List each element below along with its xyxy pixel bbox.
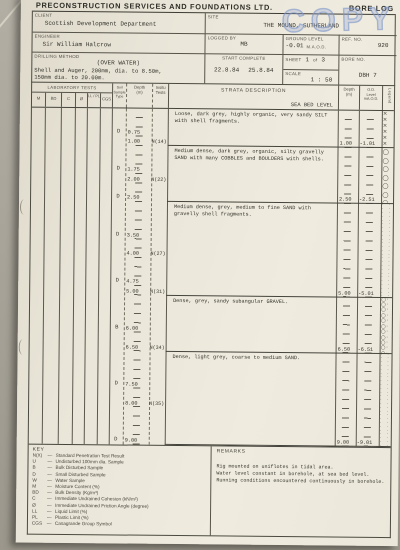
sample-type: D: [111, 193, 125, 200]
remark-line: Running conditions encountered continuou…: [216, 477, 388, 486]
legend-pattern-gravel: ○· ○· ○· ○· ○· ○· ○· ○· ○· ○· ○· ○· ○· ○…: [380, 298, 394, 353]
col-c: C: [61, 93, 75, 107]
strata-depth-value: 2.50: [337, 197, 358, 203]
strata-description-label: STRATA DESCRIPTION: [171, 87, 336, 95]
sample-depth: 1.75: [127, 167, 151, 173]
scale-value: 1 : 50: [285, 76, 336, 83]
column-line: [58, 108, 62, 444]
col-phi: Ø: [75, 93, 87, 107]
ground-level-label: GROUND LEVEL: [286, 36, 337, 41]
legend-pattern-cobbles-boulders: ○ ○ ○ ○ ○ ○ ○ ○ ○ ○ ○ ○ ○ ○ ○ ○ ○ ○ ○ ○ …: [381, 148, 394, 203]
sample-depth: 4.00: [126, 251, 150, 257]
col-insitu: Insitu Tests: [152, 84, 168, 108]
sheet-total: 3: [321, 56, 325, 63]
strata-od-value: -2.51: [358, 197, 381, 203]
strata-description: Dense, grey, sandy subangular GRAVEL.: [173, 298, 336, 306]
insitu-test: N(35): [149, 400, 166, 406]
insitu-test: N(14): [152, 139, 169, 145]
bore-no-label: BORE NO.: [341, 57, 394, 63]
col-od-level: O.D. Level mA.O.D.: [359, 86, 382, 110]
client-value: Scottish Development Department: [45, 20, 203, 29]
legend-pattern-sand: · · · · · · · · · · · · · · · · · · · · …: [379, 354, 394, 446]
ref-no-value: 920: [342, 42, 395, 50]
strata-od-value: -9.01: [356, 440, 379, 446]
sample-type: D: [109, 435, 123, 442]
strata-od-value: -1.01: [359, 141, 382, 147]
insitu-test: N(27): [150, 251, 167, 257]
strata-description: Medium dense, dark grey, organic, silty …: [174, 148, 337, 163]
strata-description: Medium dense, grey, medium to fine SAND …: [174, 204, 337, 219]
sample-depth: 5.00: [126, 288, 150, 294]
col-bd: BD: [45, 93, 61, 107]
column-line: [84, 108, 88, 444]
sample-depth: 9.00: [125, 438, 149, 444]
legend-pattern-sand: · · · · · · · · · · · · · · · · · · · · …: [380, 204, 394, 296]
header-block: CLIENT Scottish Development Department S…: [31, 12, 396, 86]
bore-no-value: DBH 7: [341, 72, 394, 80]
strata-depth-value: 9.00: [335, 440, 356, 446]
sample-depth: 7.50: [125, 382, 149, 388]
client-field: CLIENT Scottish Development Department: [33, 12, 205, 34]
strata-row: Dense, grey, sandy subangular GRAVEL.6.5…: [166, 296, 394, 354]
punch-mark: [19, 340, 27, 355]
insitu-test: N(31): [150, 288, 167, 294]
sample-type: D: [111, 165, 125, 172]
strata-row: Medium dense, dark grey, organic, silty …: [167, 146, 394, 204]
drilling-method-field: DRILLING METHOD (OVER WATER) Shell and A…: [32, 52, 204, 84]
start-date: 22.8.84: [214, 66, 239, 73]
sheet-field: SHEET 1 of 3: [283, 55, 338, 70]
legend-pattern-silt-shells: × × × × × × × × × × × × × × × × × × × × …: [382, 111, 394, 147]
ground-level-datum: M.A.O.D.: [307, 44, 327, 49]
sample-depth: 6.00: [126, 326, 150, 332]
sample-depth: 0.75: [128, 130, 152, 136]
scale-field: SCALE 1 : 50: [283, 69, 338, 85]
sample-type: D: [110, 277, 124, 284]
strata-row: Loose, dark grey, highly organic, very s…: [168, 109, 394, 149]
col-sample-type: Soil Sample Type: [112, 83, 126, 107]
strata-od-value: -6.51: [357, 346, 380, 352]
drilling-method-value: Shell and Auger, 200mm, dia. to 8.50m, 1…: [34, 68, 202, 83]
strata-description: Dense, light grey, coarse to medium SAND…: [173, 354, 336, 362]
site-label: SITE: [208, 14, 395, 21]
col-legend: Legend: [382, 86, 396, 110]
key-list: N(X)—Standard Penetration Test ResultU—U…: [32, 453, 207, 529]
doc-type: BORE LOG: [349, 4, 394, 13]
sample-depth: 8.00: [125, 400, 149, 406]
sample-depth: 4.75: [126, 279, 150, 285]
company-name: PRECONSTRUCTION SERVICES AND FOUNDATIONS…: [36, 1, 273, 12]
key-box: KEY N(X)—Standard Penetration Test Resul…: [28, 445, 211, 536]
sample-type: D: [109, 379, 123, 386]
sample-depth: 1.00: [128, 139, 152, 145]
start-complete-field: START COMPLETE 22.8.84 25.8.84: [204, 53, 282, 84]
engineer-value: Sir William Halcrow: [42, 41, 202, 50]
strata-row: Dense, light grey, coarse to medium SAND…: [165, 352, 394, 448]
log-footer: KEY N(X)—Standard Penetration Test Resul…: [28, 444, 391, 537]
sample-depth: 6.50: [126, 344, 150, 350]
strata-depth-value: 5.00: [336, 290, 357, 296]
ref-no-field: REF. NO. 920: [338, 35, 396, 56]
column-line: [42, 108, 46, 444]
strata-description: Loose, dark grey, highly organic, very s…: [175, 111, 338, 126]
bore-no-field: BORE NO. DBH 7: [338, 55, 396, 86]
sea-bed-level-label: SEA BED LEVEL: [171, 101, 336, 109]
drilling-method-line2: 150mm dia. to 20.00m.: [34, 74, 202, 82]
sample-type: D: [111, 230, 125, 237]
insitu-test: N(34): [150, 344, 167, 350]
sheet-scale-field: SHEET 1 of 3 SCALE 1 : 50: [282, 54, 338, 85]
punch-mark: [20, 200, 28, 215]
site-value: THE MOUND, SUTHERLAND: [208, 21, 395, 30]
strata-row: Medium dense, grey, medium to fine SAND …: [166, 202, 394, 298]
col-depth-left: Depth (m): [126, 84, 152, 108]
sheet-of: of: [313, 57, 317, 62]
logged-by-field: LOGGED BY MB: [204, 33, 282, 54]
strata-depth-value: 6.50: [336, 346, 357, 352]
start-complete-label: START COMPLETE: [207, 55, 280, 61]
log-body: Loose, dark grey, highly organic, very s…: [29, 108, 394, 447]
col-strata: STRATA DESCRIPTION SEA BED LEVEL: [168, 84, 338, 110]
sample-depth: 3.50: [127, 232, 151, 238]
depth-ticks: [123, 109, 152, 445]
ground-level-field: GROUND LEVEL -0.01 M.A.O.D.: [282, 34, 338, 55]
site-field: SITE THE MOUND, SUTHERLAND: [205, 13, 397, 35]
col-m: M: [32, 93, 45, 107]
sample-depth: 2.00: [127, 176, 151, 182]
column-line: [72, 108, 76, 444]
sheet-label: SHEET: [285, 57, 301, 62]
column-line: [97, 108, 101, 444]
engineer-field: ENGINEER Sir William Halcrow: [32, 32, 204, 54]
bore-log-sheet: COPY PRECONSTRUCTION SERVICES AND FOUNDA…: [16, 0, 400, 546]
ground-level-value: -0.01: [285, 42, 303, 49]
complete-date: 25.8.84: [248, 67, 273, 74]
col-llpl: LL / PL: [87, 93, 100, 107]
col-depth-right: Depth (m): [338, 86, 359, 110]
sheet-num: 1: [306, 56, 310, 63]
sample-depth: 2.50: [127, 195, 151, 201]
strata-depth-value: 1.00: [338, 141, 359, 147]
remarks-lines: Rig mounted on uniflotes in tidal area.W…: [216, 463, 388, 486]
logged-by-value: MB: [208, 40, 281, 48]
remarks-title: REMARKS: [217, 448, 389, 456]
log-table: LABORATORY TESTS M BD C Ø LL / PL CGS So…: [27, 83, 395, 538]
remarks-box: REMARKS Rig mounted on uniflotes in tida…: [210, 446, 393, 537]
insitu-test: N(22): [151, 176, 168, 182]
strata-od-value: -5.01: [357, 290, 380, 296]
legend-label: Legend: [387, 86, 391, 104]
key-item: CGS—Casagrande Group Symbol: [32, 521, 206, 529]
sample-type: B: [110, 323, 124, 330]
sample-type: D: [112, 127, 126, 134]
engineer-label: ENGINEER: [35, 34, 203, 41]
client-label: CLIENT: [35, 13, 203, 20]
col-cgs: CGS: [100, 93, 112, 107]
log-table-header: LABORATORY TESTS M BD C Ø LL / PL CGS So…: [32, 83, 394, 111]
